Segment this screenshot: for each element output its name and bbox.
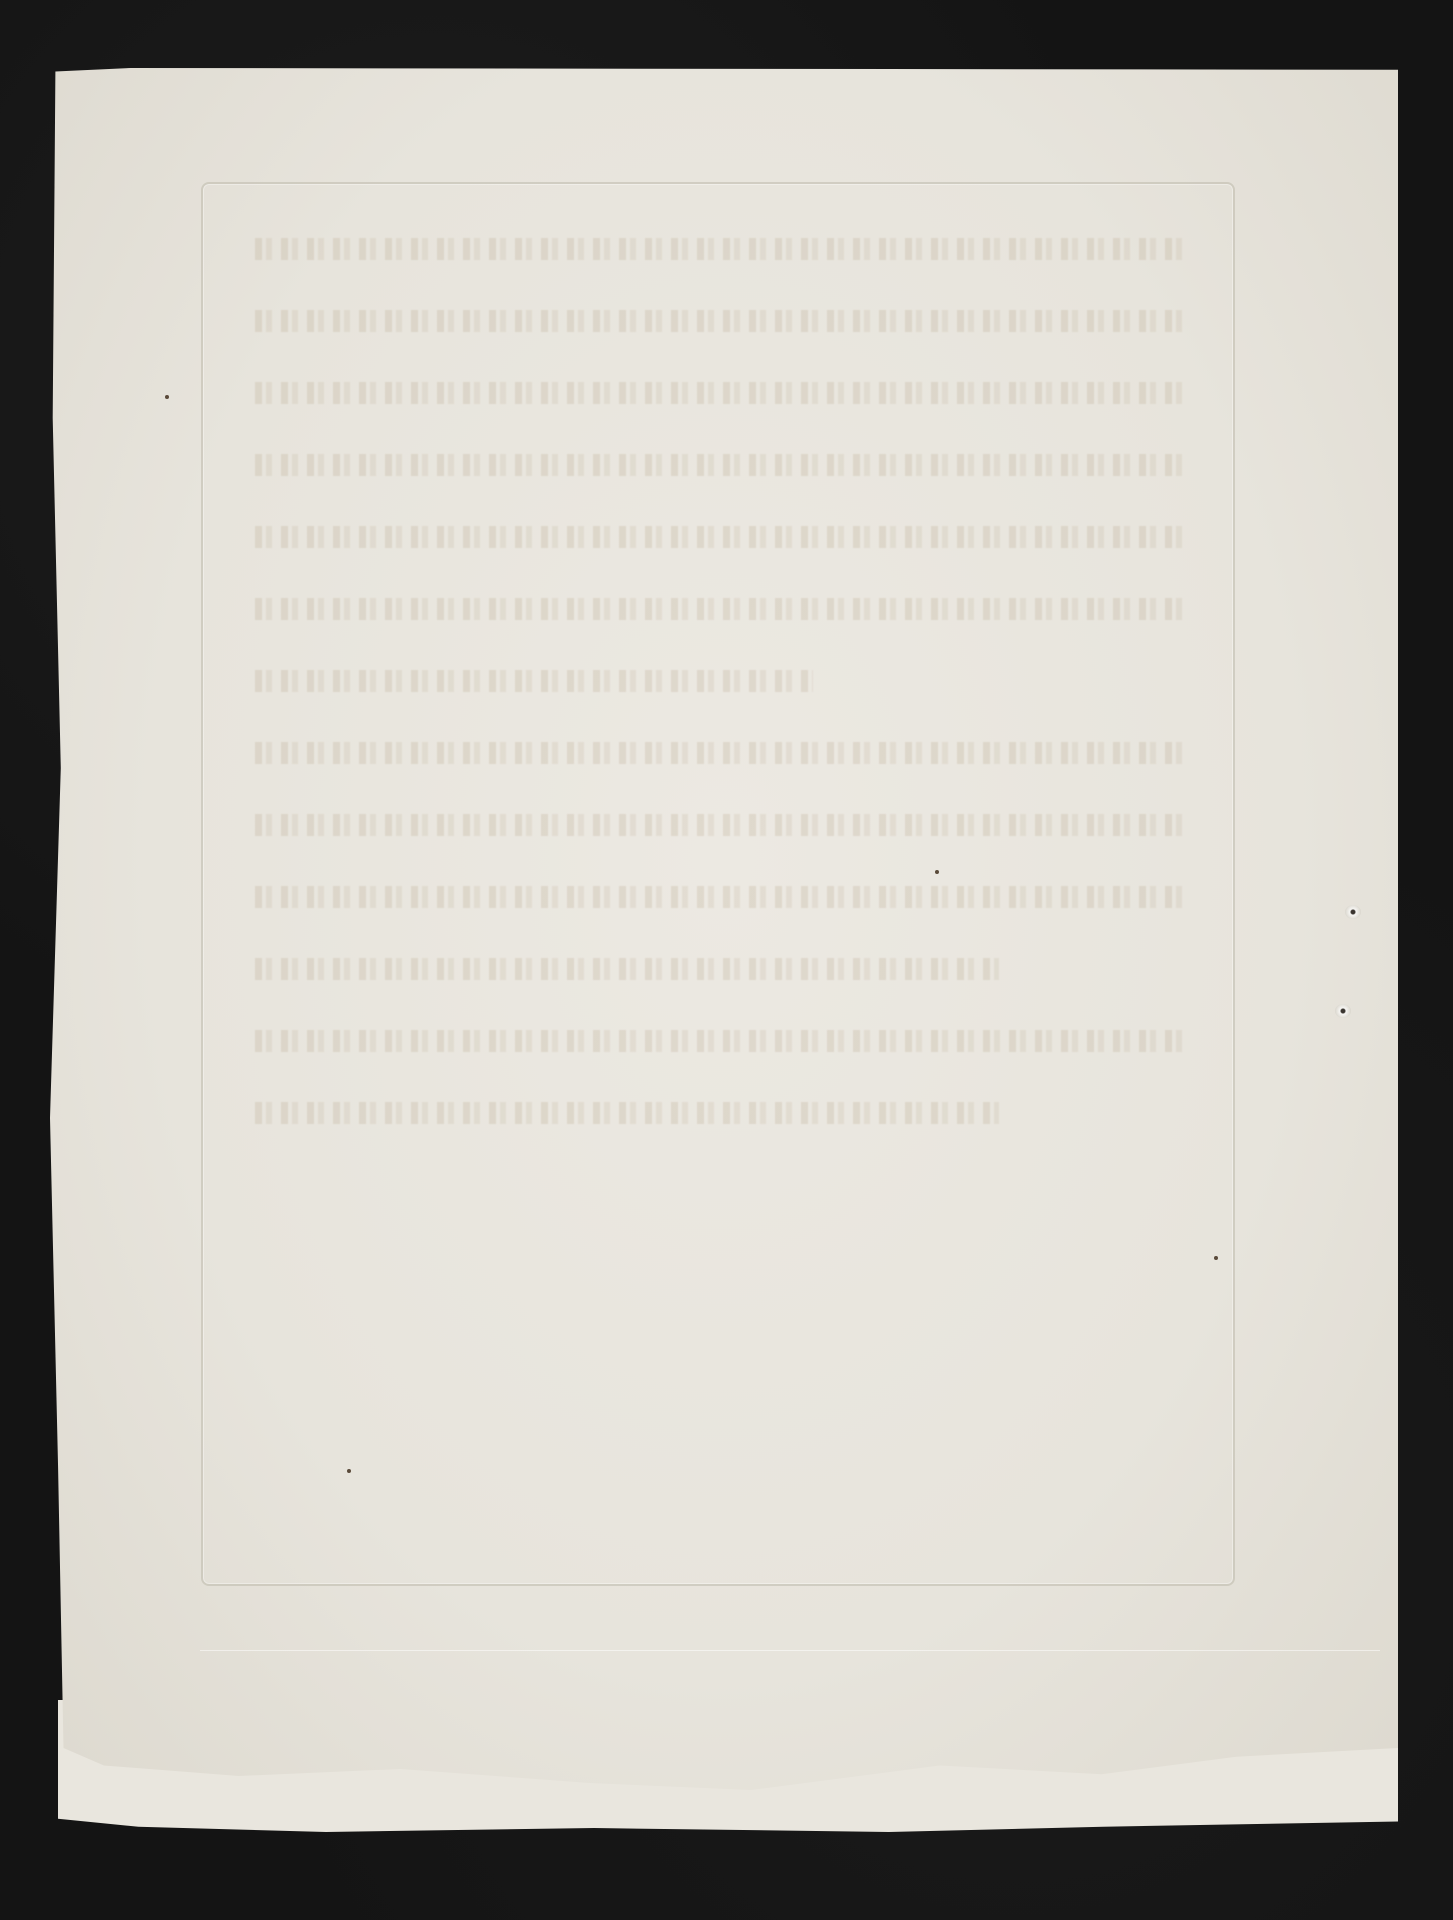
- ghost-text-line: [255, 526, 1185, 548]
- ghost-text-line: [255, 958, 999, 980]
- ghost-text-line: [255, 382, 1185, 404]
- paper-speck: [347, 1469, 351, 1473]
- pin-hole: [1345, 905, 1361, 919]
- paper-speck: [165, 395, 169, 399]
- ghost-text-line: [255, 1102, 999, 1124]
- ghost-text-line: [255, 598, 1185, 620]
- ghost-text-line: [255, 310, 1185, 332]
- ghost-text-line: [255, 1030, 1185, 1052]
- paper-speck: [1214, 1256, 1218, 1260]
- ghost-text-line: [255, 886, 1185, 908]
- pin-hole: [1335, 1004, 1351, 1018]
- ghost-text-line: [255, 670, 813, 692]
- ghost-text-line: [255, 814, 1185, 836]
- ghost-text-line: [255, 742, 1185, 764]
- ghost-text-line: [255, 238, 1185, 260]
- show-through-text-block: [255, 238, 1185, 1174]
- ghost-text-line: [255, 454, 1185, 476]
- paper-crease: [200, 1650, 1380, 1651]
- paper-speck: [935, 870, 939, 874]
